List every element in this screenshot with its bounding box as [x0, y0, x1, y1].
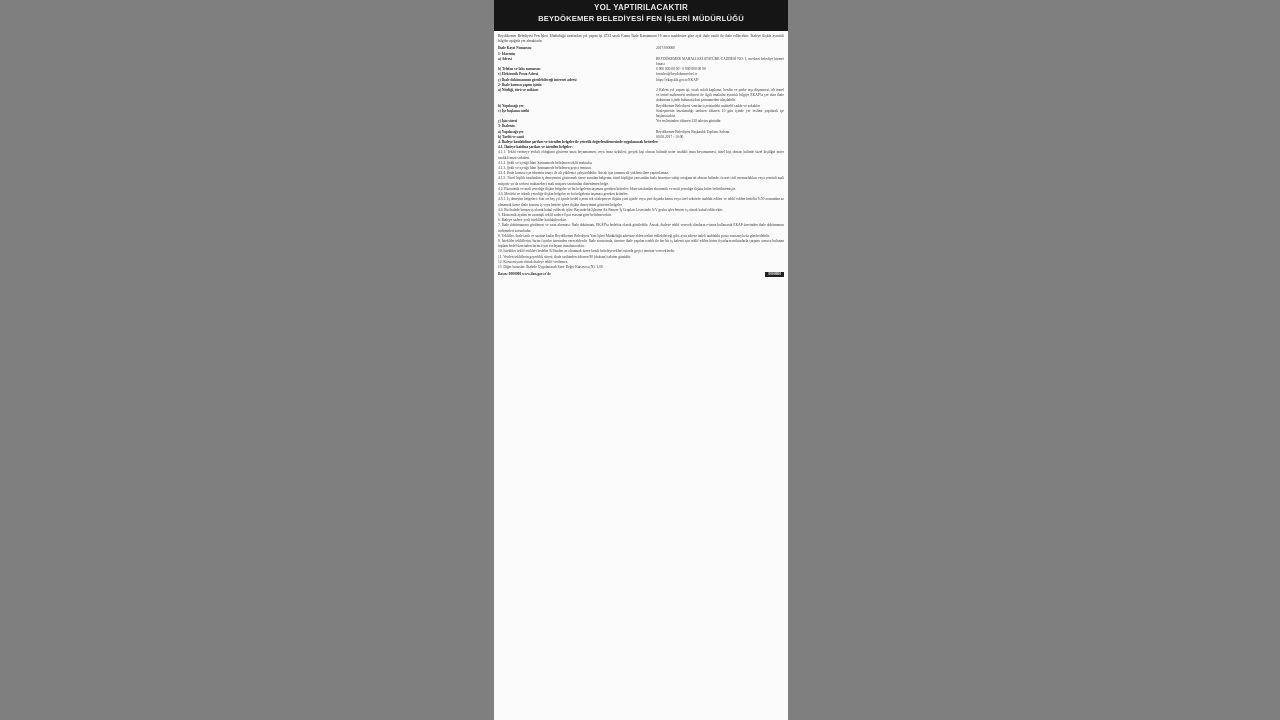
- row-value: 2 Kalem yol yapım işi; sıcak asfalt kapl…: [656, 88, 784, 104]
- notice-header-banner: YOL YAPTIRILACAKTIR BEYDÖKEMER BELEDİYES…: [494, 0, 788, 31]
- paragraph: 4.3.1. İş deneyim belgeleri: Son on beş …: [498, 197, 784, 207]
- notice-body: Beydökemer Belediyesi Fen İşleri Müdürlü…: [494, 31, 788, 277]
- notice-intro: Beydökemer Belediyesi Fen İşleri Müdürlü…: [498, 34, 784, 44]
- row-label: a) Adresi: [498, 57, 654, 67]
- paragraph: 7. İhale dokümanının görülmesi ve satın …: [498, 223, 784, 233]
- row-value: BEYDÖKEMER MAHALLESİ ATATÜRK CADDESİ NO:…: [656, 57, 784, 67]
- notice-title: YOL YAPTIRILACAKTIR: [494, 0, 788, 13]
- row-label: a) Niteliği, türü ve miktarı: [498, 88, 654, 104]
- tender-notice-page: YOL YAPTIRILACAKTIR BEYDÖKEMER BELEDİYES…: [494, 0, 788, 720]
- paragraph: 9. İstekliler tekliflerini, birim fiyatl…: [498, 239, 784, 249]
- notice-issuer: BEYDÖKEMER BELEDİYESİ FEN İŞLERİ MÜDÜRLÜ…: [494, 13, 788, 25]
- paragraph: 13. Diğer hususlar: İhalede Uygulanacak …: [498, 265, 784, 270]
- ad-number-stamp: 0000000: [765, 272, 784, 277]
- details-table: İhale Kayıt Numarası 2017/000000 1- İdar…: [498, 46, 784, 140]
- paragraph: 4.1.5. Tüzel kişilik tarafından iş deney…: [498, 176, 784, 186]
- notice-footer: Basın: 0000000 www.ilan.gov.tr'de 000000…: [498, 272, 784, 277]
- row-value: 00.00.2017 - 10:00: [656, 135, 784, 140]
- press-reference: Basın: 0000000 www.ilan.gov.tr'de: [498, 272, 551, 277]
- paragraph: 4.1.1. Teklif vermeye yetkili olduğunu g…: [498, 150, 784, 160]
- row-label: c) İşe başlama tarihi: [498, 109, 654, 119]
- row-value: Sözleşmenin imzalandığı tarihten itibare…: [656, 109, 784, 119]
